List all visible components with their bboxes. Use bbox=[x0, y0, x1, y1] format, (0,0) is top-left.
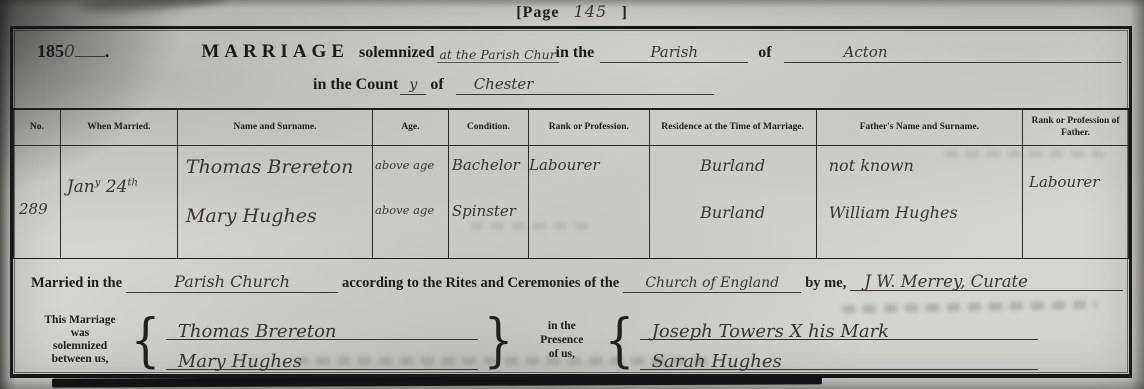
officiant-signature: J W. Merrey, Curate bbox=[864, 272, 1028, 291]
header-line-1: 1850. MARRIAGE solemnized at the Parish … bbox=[13, 41, 1121, 63]
page-label-close: ] bbox=[621, 4, 627, 21]
solemnized-place-field: at the Parish Chur bbox=[437, 48, 559, 63]
groom-profession: Labourer bbox=[529, 156, 599, 174]
table-header-row: No. When Married. Name and Surname. Age.… bbox=[14, 109, 1129, 146]
married-in-handwritten: Parish Church bbox=[174, 272, 290, 291]
witness-opening-brace: { bbox=[605, 307, 635, 373]
col-header-no: No. bbox=[14, 109, 61, 146]
year-blank-line bbox=[75, 56, 105, 57]
groom-age: above age bbox=[375, 158, 434, 172]
year-printed: 185 bbox=[37, 41, 64, 61]
officiant-field: J W. Merrey, Curate bbox=[850, 273, 1123, 291]
cell-ages: above age above age bbox=[373, 146, 449, 259]
cell-rank-profession: Labourer bbox=[529, 146, 649, 259]
county-y-field: y bbox=[400, 78, 426, 95]
bride-signature: Mary Hughes bbox=[178, 352, 302, 372]
bride-signature-line: Mary Hughes bbox=[166, 340, 478, 370]
year-period: . bbox=[105, 41, 110, 61]
groom-father-name: not known bbox=[829, 156, 914, 175]
county-of-label: of bbox=[430, 76, 443, 94]
marriage-title: MARRIAGE bbox=[201, 41, 349, 63]
form-header: 1850. MARRIAGE solemnized at the Parish … bbox=[13, 29, 1129, 108]
party-signatures: Thomas Brereton Mary Hughes bbox=[166, 310, 478, 370]
bride-father-name: William Hughes bbox=[829, 203, 958, 222]
col-header-rank-profession: Rank or Profession. bbox=[529, 109, 649, 146]
col-header-condition: Condition. bbox=[448, 109, 528, 146]
district-type-handwritten: Parish bbox=[650, 43, 698, 61]
county-name-field: Chester bbox=[456, 77, 714, 95]
groom-name: Thomas Brereton bbox=[186, 156, 353, 178]
bride-father-rank: Labourer bbox=[1029, 173, 1099, 191]
register-form: 1850. MARRIAGE solemnized at the Parish … bbox=[10, 26, 1132, 378]
year-field: 1850. bbox=[37, 41, 109, 62]
table-entry-row: 289 Jany 24th Thomas Brereton Mary Hughe… bbox=[14, 146, 1129, 259]
col-header-when-married: When Married. bbox=[60, 109, 177, 146]
solemnized-label: solemnized bbox=[359, 44, 435, 62]
groom-residence: Burland bbox=[700, 156, 765, 175]
closing-brace: } bbox=[484, 307, 514, 373]
county-label: in the Count bbox=[313, 76, 398, 94]
year-handwritten: 0 bbox=[64, 42, 75, 62]
witness-1-signature: Joseph Towers X his Mark bbox=[652, 322, 889, 342]
witness-2-signature: Sarah Hughes bbox=[652, 352, 782, 372]
solemnized-place-handwritten: at the Parish Chur bbox=[439, 47, 555, 62]
cell-entry-number: 289 bbox=[14, 146, 61, 259]
parish-name-field: Acton bbox=[784, 45, 1121, 63]
cell-residences: Burland Burland bbox=[649, 146, 816, 259]
header-line-2: in the Count y of Chester bbox=[313, 76, 714, 95]
ceremony-line: Married in the Parish Church according t… bbox=[13, 259, 1129, 299]
church-handwritten: Church of England bbox=[645, 275, 779, 291]
cell-names: Thomas Brereton Mary Hughes bbox=[177, 146, 372, 259]
witness-1-signature-line: Joseph Towers X his Mark bbox=[640, 310, 1038, 340]
parish-name-handwritten: Acton bbox=[844, 43, 888, 61]
presence-label: in the Presence of us, bbox=[525, 319, 599, 361]
groom-signature: Thomas Brereton bbox=[178, 322, 337, 342]
page-number: 145 bbox=[564, 2, 616, 21]
groom-signature-line: Thomas Brereton bbox=[166, 310, 478, 340]
county-name-handwritten: Chester bbox=[474, 75, 534, 93]
bride-residence: Burland bbox=[700, 203, 765, 222]
signature-block: This Marriage was solemnized between us,… bbox=[13, 299, 1129, 377]
witness-2-signature-line: Sarah Hughes bbox=[640, 340, 1038, 370]
when-married-date: Jany 24th bbox=[67, 177, 138, 197]
of-label: of bbox=[758, 44, 771, 62]
county-y-handwritten: y bbox=[409, 77, 417, 93]
cell-when-married: Jany 24th bbox=[60, 146, 177, 259]
district-type-field: Parish bbox=[600, 45, 748, 63]
scanned-marriage-register-page: [Page 145 ] 1850. MARRIAGE solemnized at… bbox=[0, 0, 1144, 389]
opening-brace: { bbox=[131, 307, 161, 373]
cell-father-ranks: Labourer bbox=[1023, 146, 1129, 259]
married-in-field: Parish Church bbox=[126, 274, 338, 293]
by-me-label: by me, bbox=[805, 275, 846, 292]
entry-number: 289 bbox=[19, 200, 48, 218]
cell-conditions: Bachelor Spinster bbox=[448, 146, 528, 259]
col-header-father-rank: Rank or Profession of Father. bbox=[1023, 109, 1129, 146]
church-field: Church of England bbox=[623, 276, 801, 293]
groom-condition: Bachelor bbox=[452, 156, 520, 174]
col-header-residence: Residence at the Time of Marriage. bbox=[649, 109, 816, 146]
page-header: [Page 145 ] bbox=[0, 2, 1144, 22]
bride-age: above age bbox=[375, 203, 434, 217]
col-header-name-surname: Name and Surname. bbox=[177, 109, 372, 146]
solemnized-between-label: This Marriage was solemnized between us, bbox=[35, 314, 125, 366]
in-the-label: in the bbox=[556, 44, 595, 62]
bride-condition: Spinster bbox=[452, 202, 516, 220]
rites-label: according to the Rites and Ceremonies of… bbox=[342, 275, 619, 292]
next-page-edge bbox=[52, 375, 822, 387]
cell-father-names: not known William Hughes bbox=[816, 146, 1022, 259]
bride-name: Mary Hughes bbox=[186, 205, 317, 227]
marriage-register-table: No. When Married. Name and Surname. Age.… bbox=[13, 108, 1129, 259]
col-header-father-name: Father's Name and Surname. bbox=[816, 109, 1022, 146]
page-label-open: [Page bbox=[516, 4, 559, 21]
col-header-age: Age. bbox=[373, 109, 449, 146]
witness-signatures: Joseph Towers X his Mark Sarah Hughes bbox=[640, 310, 1038, 370]
married-in-label: Married in the bbox=[31, 275, 122, 292]
